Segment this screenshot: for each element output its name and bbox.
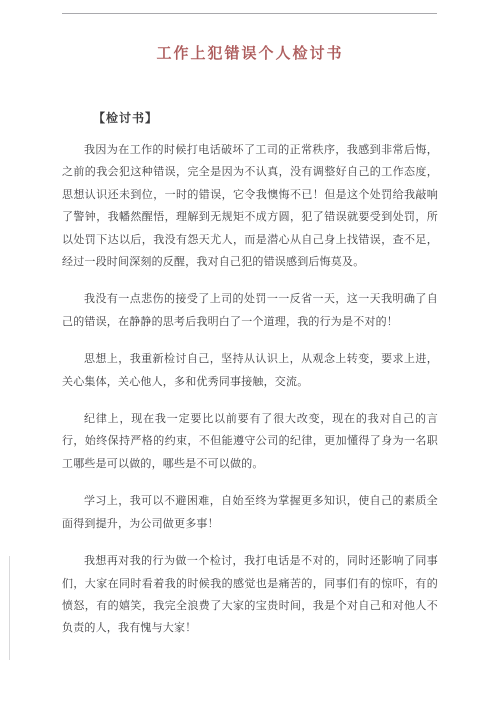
paragraph-4: 纪律上，现在我一定要比以前要有了很大改变，现在的我对自己的言行，始终保持严格的约… — [62, 408, 438, 475]
paragraph-6: 我想再对我的行为做一个检讨，我打电话是不对的，同时还影响了同事们，大家在同时看着… — [62, 550, 438, 640]
paragraph-1: 我因为在工作的时候打电话破坏了工司的正常秩序，我感到非常后悔，之前的我会犯这种错… — [62, 139, 438, 273]
document-body: 我因为在工作的时候打电话破坏了工司的正常秩序，我感到非常后悔，之前的我会犯这种错… — [62, 139, 438, 655]
paragraph-3: 思想上，我重新检讨自己，坚持从认识上，从观念上转变，要求上进，关心集体，关心他人… — [62, 348, 438, 393]
section-label: 【检讨书】 — [93, 109, 158, 126]
paragraph-5: 学习上，我可以不避困难，自始至终为掌握更多知识，使自己的素质全面得到提升，为公司… — [62, 490, 438, 535]
top-divider-rule — [62, 13, 437, 14]
document-title: 工作上犯错误个人检讨书 — [0, 42, 500, 63]
left-edge-artifact-line — [9, 556, 10, 660]
document-page: 工作上犯错误个人检讨书 【检讨书】 我因为在工作的时候打电话破坏了工司的正常秩序… — [0, 0, 500, 707]
paragraph-2: 我没有一点悲伤的接受了上司的处罚一一反省一天，这一天我明确了自己的错误，在静静的… — [62, 288, 438, 333]
